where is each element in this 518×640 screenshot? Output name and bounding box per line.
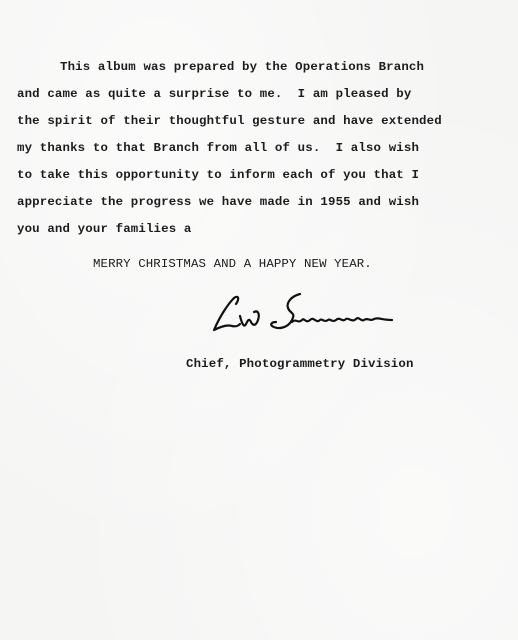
paragraph-line-4: my thanks to that Branch from all of us.…: [17, 141, 419, 155]
handwritten-signature: [206, 290, 406, 340]
paragraph-line-1: This album was prepared by the Operation…: [60, 60, 424, 74]
paragraph-line-5: to take this opportunity to inform each …: [17, 168, 419, 182]
paragraph-line-7: you and your families a: [17, 222, 191, 236]
paragraph-line-2: and came as quite a surprise to me. I am…: [17, 87, 411, 101]
paragraph-line-6: appreciate the progress we have made in …: [17, 195, 419, 209]
holiday-greeting: MERRY CHRISTMAS AND A HAPPY NEW YEAR.: [93, 257, 372, 271]
signer-title: Chief, Photogrammetry Division: [186, 357, 414, 371]
paragraph-line-3: the spirit of their thoughtful gesture a…: [17, 114, 442, 128]
letter-page: This album was prepared by the Operation…: [0, 0, 518, 640]
